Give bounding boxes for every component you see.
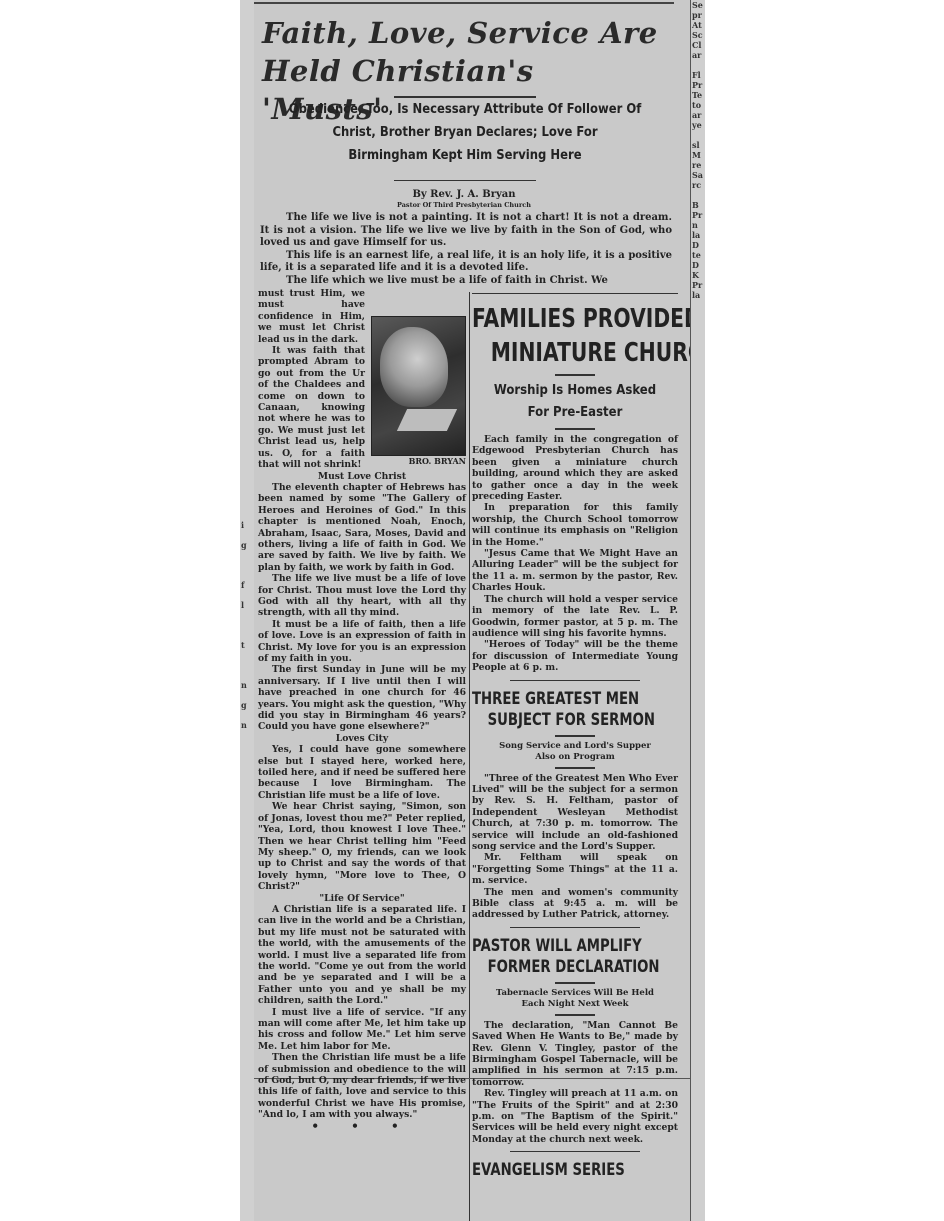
lead-paragraph: This life is an earnest life, a real lif… — [260, 250, 672, 275]
sidebar-story: EVANGELISM SERIES — [472, 1160, 678, 1181]
subhead: Loves City — [258, 733, 466, 744]
body-paragraph: Then the Christian life must be a life o… — [258, 1052, 466, 1120]
right-edge-text: Se pr At Sc Cl ar Fl Pr Te to ar ye sl M… — [691, 0, 705, 300]
headline-line-1: Faith, Love, Service Are — [262, 14, 662, 52]
deck-rule — [555, 767, 595, 769]
body-paragraph: It must be a life of faith, then a life … — [258, 619, 466, 665]
sidebar-story: FAMILIES PROVIDEDMINIATURE CHURCHWorship… — [472, 302, 678, 681]
deck-rule — [394, 180, 536, 181]
sidebar-story: THREE GREATEST MENSUBJECT FOR SERMONSong… — [472, 689, 678, 928]
sidebar-stories: FAMILIES PROVIDEDMINIATURE CHURCHWorship… — [472, 296, 678, 1181]
subhead: "Life Of Service" — [258, 893, 466, 904]
body-paragraph: Yes, I could have gone somewhere else bu… — [258, 744, 466, 801]
story-paragraph: "Jesus Came that We Might Have an Alluri… — [472, 548, 678, 594]
story-separator — [510, 680, 640, 681]
deck-rule — [555, 982, 595, 984]
story-headline: THREE GREATEST MENSUBJECT FOR SERMON — [472, 689, 678, 731]
portrait-collar — [397, 409, 457, 431]
newspaper-clipping: Faith, Love, Service Are Held Christian'… — [254, 0, 690, 1221]
deck-line: Christ, Brother Bryan Declares; Love For — [287, 121, 643, 144]
article-lead: The life we live is not a painting. It i… — [260, 212, 672, 288]
deck-line: Also on Program — [472, 752, 678, 763]
subhead: Must Love Christ — [258, 471, 466, 482]
top-rule — [254, 2, 674, 4]
photo-caption: BRO. BRYAN — [371, 456, 466, 467]
deck-line: Worship Is Homes Asked — [482, 380, 667, 402]
body-paragraph: The first Sunday in June will be my anni… — [258, 664, 466, 732]
headline-line: FAMILIES PROVIDED — [472, 302, 633, 336]
deck-rule — [555, 735, 595, 737]
body-paragraph: The life we live must be a life of love … — [258, 573, 466, 619]
body-paragraph: We hear Christ saying, "Simon, son of Jo… — [258, 801, 466, 892]
deck-rule — [555, 428, 595, 430]
column-divider — [469, 292, 470, 1221]
deck-line: Tabernacle Services Will Be Held — [472, 988, 678, 999]
lead-paragraph: The life which we live must be a life of… — [260, 275, 672, 288]
portrait-photo — [371, 316, 466, 456]
story-paragraph: Mr. Feltham will speak on "Forgetting So… — [472, 852, 678, 886]
deck-line: Each Night Next Week — [472, 999, 678, 1010]
deck-rule — [555, 374, 595, 376]
story-paragraph: "Heroes of Today" will be the theme for … — [472, 639, 678, 673]
headline-line: FORMER DECLARATION — [472, 957, 633, 978]
story-headline: EVANGELISM SERIES — [472, 1160, 678, 1181]
story-paragraph: In preparation for this family worship, … — [472, 502, 678, 548]
story-deck: Tabernacle Services Will Be HeldEach Nig… — [472, 988, 678, 1010]
story-paragraph: The church will hold a vesper service in… — [472, 594, 678, 640]
byline-title: Pastor Of Third Presbyterian Church — [254, 201, 674, 209]
left-adjacent-column-fragment: i g f l t n g n — [240, 0, 254, 1221]
byline: By Rev. J. A. Bryan — [254, 189, 674, 200]
article-body: BRO. BRYANmust trust Him, we must have c… — [258, 288, 466, 1131]
story-paragraph: Rev. Tingley will preach at 11 a.m. on "… — [472, 1088, 678, 1145]
sidebar-story: PASTOR WILL AMPLIFYFORMER DECLARATIONTab… — [472, 936, 678, 1152]
body-paragraph: I must live a life of service. "If any m… — [258, 1007, 466, 1053]
deck-line: Song Service and Lord's Supper — [472, 741, 678, 752]
story-headline: FAMILIES PROVIDEDMINIATURE CHURCH — [472, 302, 678, 370]
headline-line: PASTOR WILL AMPLIFY — [472, 936, 633, 957]
headline-line: SUBJECT FOR SERMON — [472, 710, 633, 731]
right-adjacent-column-fragment: Se pr At Sc Cl ar Fl Pr Te to ar ye sl M… — [690, 0, 705, 1221]
story-paragraph: The declaration, "Man Cannot Be Saved Wh… — [472, 1020, 678, 1088]
story-deck: Song Service and Lord's SupperAlso on Pr… — [472, 741, 678, 763]
end-mark: • • • — [258, 1121, 466, 1131]
story-deck: Worship Is Homes AskedFor Pre-Easter — [482, 380, 667, 424]
story-separator — [510, 1151, 640, 1152]
story-paragraph: "Three of the Greatest Men Who Ever Live… — [472, 773, 678, 853]
body-paragraph: A Christian life is a separated life. I … — [258, 904, 466, 1007]
body-paragraph: The eleventh chapter of Hebrews has been… — [258, 482, 466, 573]
deck-line: For Pre-Easter — [482, 402, 667, 424]
headline-line: EVANGELISM SERIES — [472, 1160, 633, 1181]
story-separator — [510, 927, 640, 928]
headline-line: THREE GREATEST MEN — [472, 689, 633, 710]
portrait-face — [380, 327, 448, 407]
story-paragraph: Each family in the congregation of Edgew… — [472, 434, 678, 502]
deck-line: Birmingham Kept Him Serving Here — [287, 144, 643, 167]
sidebar-top-rule — [472, 293, 678, 294]
left-edge-text: i g f l t n g n — [240, 0, 254, 730]
story-headline: PASTOR WILL AMPLIFYFORMER DECLARATION — [472, 936, 678, 978]
lead-paragraph: The life we live is not a painting. It i… — [260, 212, 672, 250]
article-deck: Obedience, Too, Is Necessary Attribute O… — [287, 98, 643, 167]
story-paragraph: The men and women's community Bible clas… — [472, 887, 678, 921]
deck-line: Obedience, Too, Is Necessary Attribute O… — [287, 98, 643, 121]
headline-line: MINIATURE CHURCH — [472, 336, 633, 370]
deck-rule — [555, 1014, 595, 1016]
